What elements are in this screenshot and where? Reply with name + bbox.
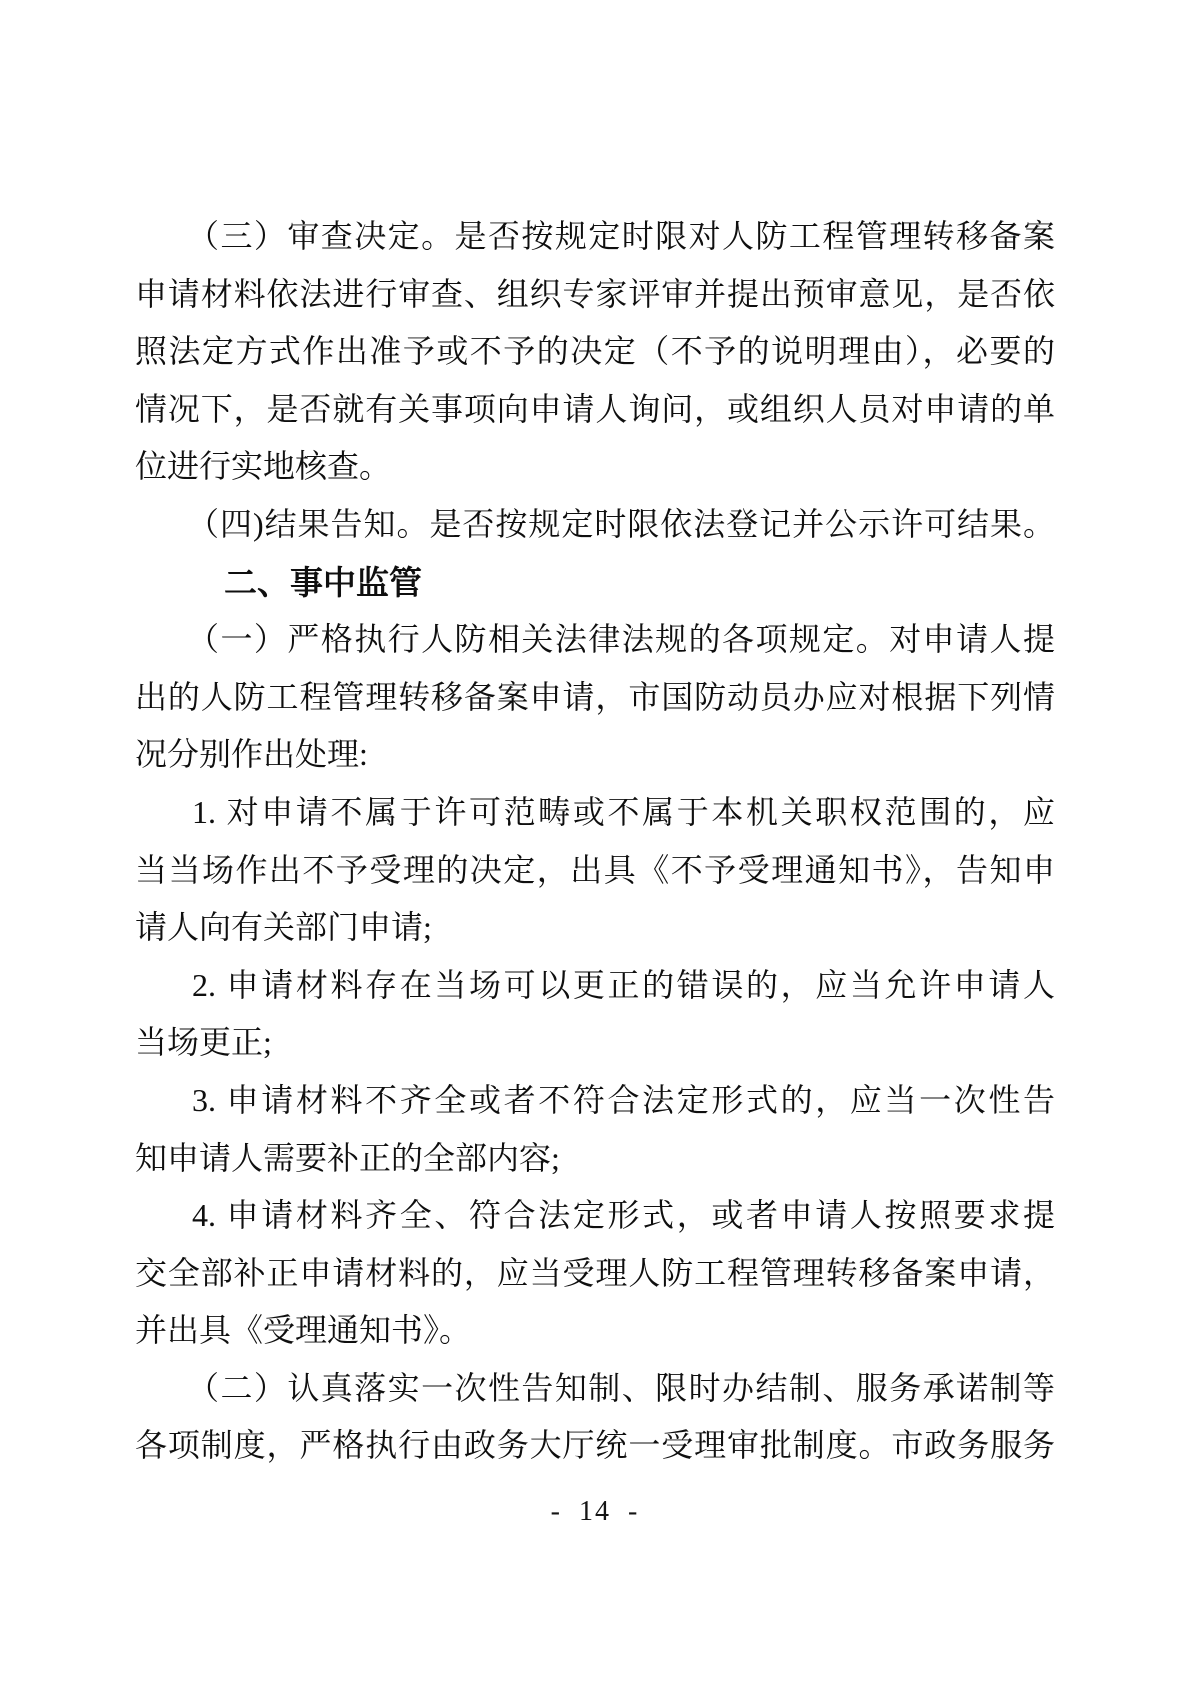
text-line: 并出具《受理通知书》。 bbox=[135, 1302, 1055, 1360]
text-line: 4. 申请材料齐全、符合法定形式，或者申请人按照要求提 bbox=[135, 1187, 1055, 1245]
paragraph: 2. 申请材料存在当场可以更正的错误的，应当允许申请人当场更正; bbox=[135, 957, 1055, 1072]
paragraph: 1. 对申请不属于许可范畴或不属于本机关职权范围的，应当当场作出不予受理的决定，… bbox=[135, 784, 1055, 957]
text-line: 交全部补正申请材料的，应当受理人防工程管理转移备案申请， bbox=[135, 1245, 1055, 1303]
text-line: 2. 申请材料存在当场可以更正的错误的，应当允许申请人 bbox=[135, 957, 1055, 1015]
document-body: （三）审查决定。是否按规定时限对人防工程管理转移备案申请材料依法进行审查、组织专… bbox=[135, 208, 1055, 1475]
text-line: 位进行实地核查。 bbox=[135, 438, 1055, 496]
text-line: 二、事中监管 bbox=[135, 554, 1055, 612]
document-page: （三）审查决定。是否按规定时限对人防工程管理转移备案申请材料依法进行审查、组织专… bbox=[0, 0, 1190, 1683]
text-line: 请人向有关部门申请; bbox=[135, 899, 1055, 957]
paragraph: （二）认真落实一次性告知制、限时办结制、服务承诺制等各项制度，严格执行由政务大厅… bbox=[135, 1360, 1055, 1475]
text-line: 申请材料依法进行审查、组织专家评审并提出预审意见，是否依 bbox=[135, 266, 1055, 324]
text-line: 1. 对申请不属于许可范畴或不属于本机关职权范围的，应 bbox=[135, 784, 1055, 842]
text-line: 照法定方式作出准予或不予的决定（不予的说明理由），必要的 bbox=[135, 323, 1055, 381]
paragraph: 4. 申请材料齐全、符合法定形式，或者申请人按照要求提交全部补正申请材料的，应当… bbox=[135, 1187, 1055, 1360]
text-line: 当当场作出不予受理的决定，出具《不予受理通知书》，告知申 bbox=[135, 842, 1055, 900]
text-line: 况分别作出处理: bbox=[135, 726, 1055, 784]
section-heading: 二、事中监管 bbox=[135, 554, 1055, 612]
text-line: 出的人防工程管理转移备案申请，市国防动员办应对根据下列情 bbox=[135, 669, 1055, 727]
text-line: 3. 申请材料不齐全或者不符合法定形式的，应当一次性告 bbox=[135, 1072, 1055, 1130]
paragraph: （三）审查决定。是否按规定时限对人防工程管理转移备案申请材料依法进行审查、组织专… bbox=[135, 208, 1055, 496]
text-line: （四)结果告知。是否按规定时限依法登记并公示许可结果。 bbox=[135, 496, 1055, 554]
paragraph: （四)结果告知。是否按规定时限依法登记并公示许可结果。 bbox=[135, 496, 1055, 554]
paragraph: 3. 申请材料不齐全或者不符合法定形式的，应当一次性告知申请人需要补正的全部内容… bbox=[135, 1072, 1055, 1187]
text-line: 情况下，是否就有关事项向申请人询问，或组织人员对申请的单 bbox=[135, 381, 1055, 439]
text-line: 各项制度，严格执行由政务大厅统一受理审批制度。市政务服务 bbox=[135, 1417, 1055, 1475]
text-line: （三）审查决定。是否按规定时限对人防工程管理转移备案 bbox=[135, 208, 1055, 266]
text-line: 当场更正; bbox=[135, 1014, 1055, 1072]
page-number: - 14 - bbox=[0, 1496, 1190, 1528]
text-line: 知申请人需要补正的全部内容; bbox=[135, 1130, 1055, 1188]
text-line: （二）认真落实一次性告知制、限时办结制、服务承诺制等 bbox=[135, 1360, 1055, 1418]
text-line: （一）严格执行人防相关法律法规的各项规定。对申请人提 bbox=[135, 611, 1055, 669]
paragraph: （一）严格执行人防相关法律法规的各项规定。对申请人提出的人防工程管理转移备案申请… bbox=[135, 611, 1055, 784]
